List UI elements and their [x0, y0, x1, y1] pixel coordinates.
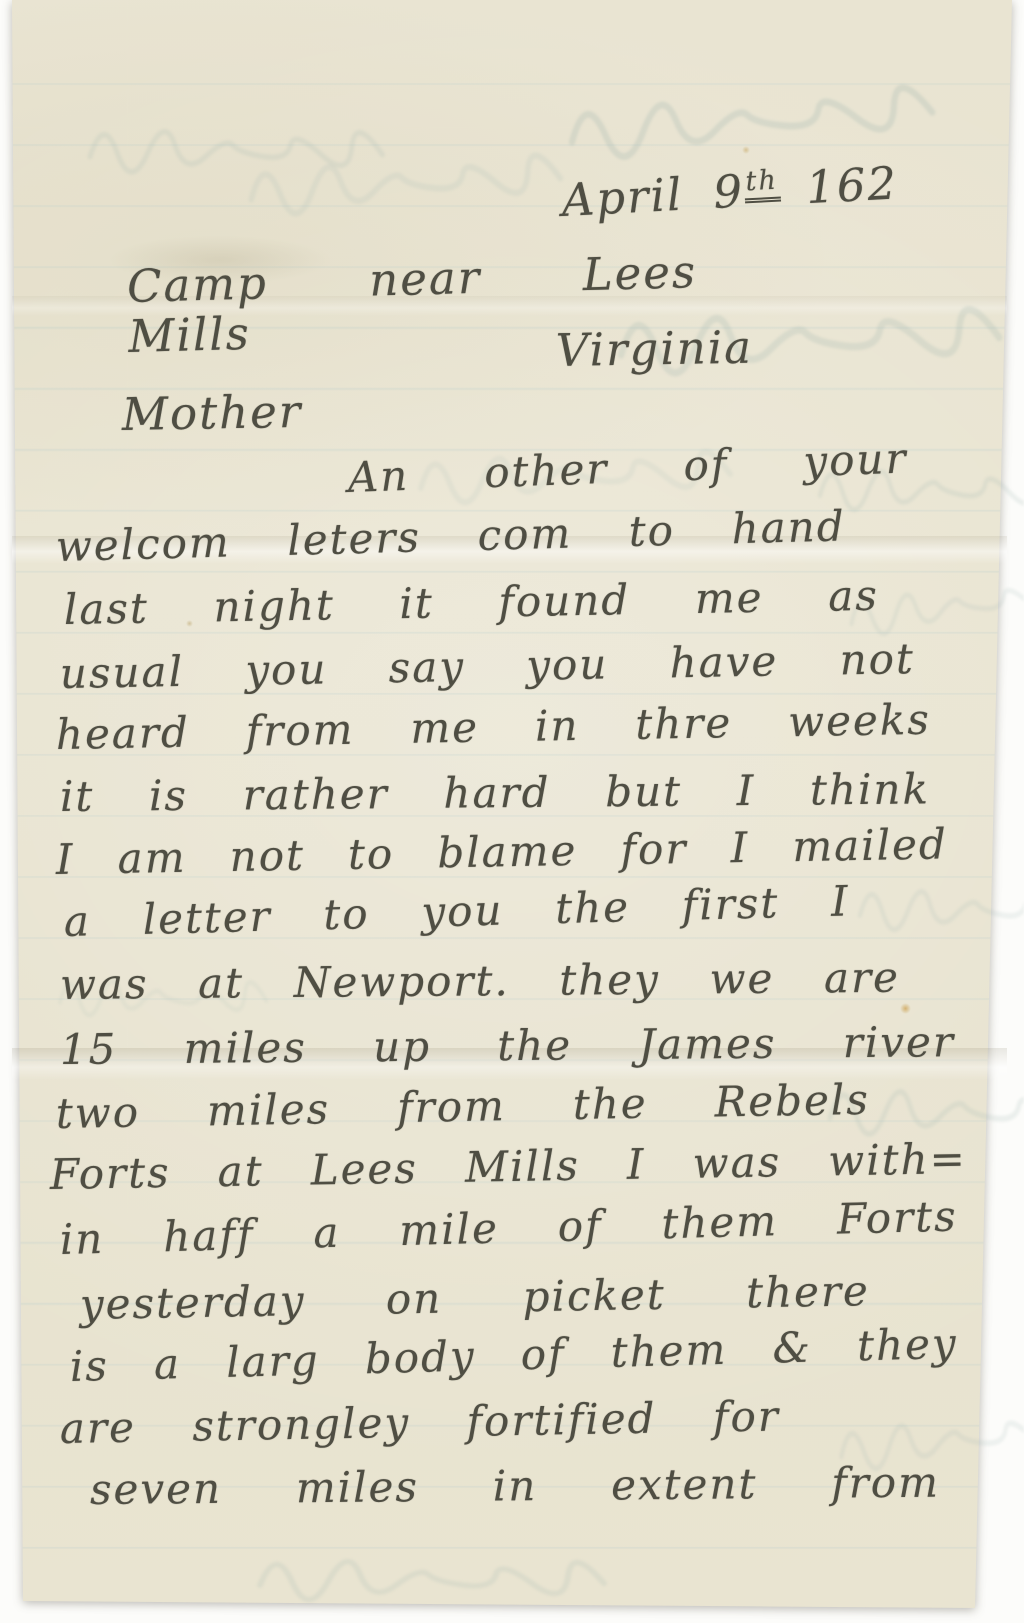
scanned-letter-image: April 9th162 Camp near Lees Mills Virgin…: [0, 0, 1024, 1623]
salutation-line: Mother: [121, 387, 302, 440]
date-ordinal: th: [743, 165, 781, 204]
paper-stain: [900, 1003, 911, 1014]
date-year: 162: [805, 156, 900, 214]
letter-line: it is rather hard but I think: [60, 766, 930, 820]
date-month-day: April 9: [560, 164, 745, 226]
letter-line: seven miles in extent from: [90, 1460, 940, 1514]
letter-line: 15 miles up the James river: [60, 1019, 955, 1073]
letter-line: was at Newport. they we are: [60, 955, 900, 1009]
paper-stain: [742, 146, 750, 154]
place-line: Virginia: [555, 323, 753, 376]
